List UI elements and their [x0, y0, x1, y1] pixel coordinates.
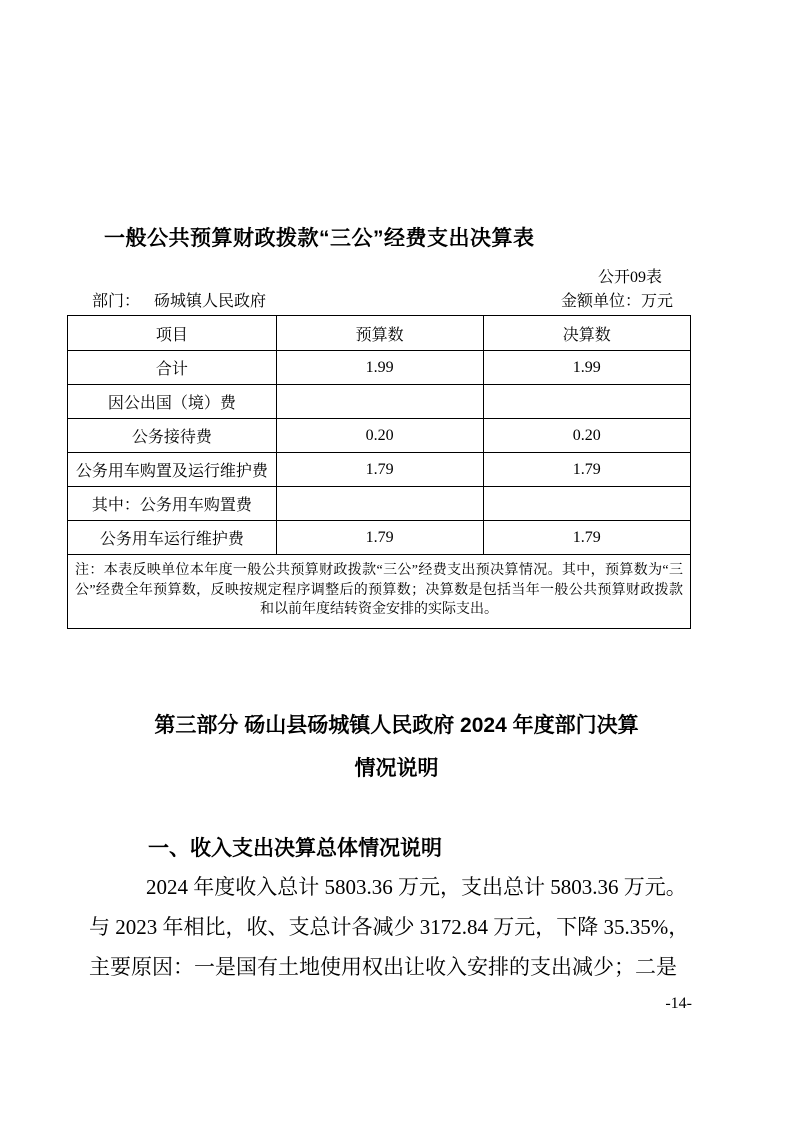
part3-heading: 第三部分 砀山县砀城镇人民政府 2024 年度部门决算 情况说明	[0, 704, 793, 790]
row-budget-value	[276, 487, 483, 521]
paragraph-line: 2024 年度收入总计 5803.36 万元，支出总计 5803.36 万元。	[89, 867, 704, 907]
document-page: 一般公共预算财政拨款“三公”经费支出决算表 公开09表 部门：砀城镇人民政府 金…	[0, 0, 793, 1122]
row-item-label: 公务接待费	[68, 419, 277, 453]
three-public-expense-table: 项目 预算数 决算数 合计 1.99 1.99 因公出国（境）费 公务接待费 0…	[67, 315, 691, 629]
row-budget-value: 1.79	[276, 453, 483, 487]
table-header-row: 项目 预算数 决算数	[68, 316, 691, 351]
row-final-value: 1.99	[483, 351, 690, 385]
column-header-item: 项目	[68, 316, 277, 351]
section1-heading: 一、收入支出决算总体情况说明	[148, 832, 442, 862]
row-budget-value: 0.20	[276, 419, 483, 453]
table-row: 公务用车运行维护费 1.79 1.79	[68, 521, 691, 555]
row-final-value: 0.20	[483, 419, 690, 453]
row-budget-value	[276, 385, 483, 419]
part3-heading-line1: 第三部分 砀山县砀城镇人民政府 2024 年度部门决算	[0, 704, 793, 747]
table-row: 公务用车购置及运行维护费 1.79 1.79	[68, 453, 691, 487]
section1-paragraph: 2024 年度收入总计 5803.36 万元，支出总计 5803.36 万元。 …	[89, 867, 704, 987]
table-code-label: 公开09表	[598, 264, 662, 287]
row-budget-value: 1.99	[276, 351, 483, 385]
paragraph-line: 主要原因：一是国有土地使用权出让收入安排的支出减少；二是	[89, 947, 704, 987]
row-final-value: 1.79	[483, 453, 690, 487]
part3-heading-line2: 情况说明	[0, 747, 793, 790]
table-note: 注：本表反映单位本年度一般公共预算财政拨款“三公”经费支出预决算情况。其中，预算…	[68, 555, 691, 629]
table-row: 合计 1.99 1.99	[68, 351, 691, 385]
column-header-budget: 预算数	[276, 316, 483, 351]
row-item-label: 因公出国（境）费	[68, 385, 277, 419]
table-note-row: 注：本表反映单位本年度一般公共预算财政拨款“三公”经费支出预决算情况。其中，预算…	[68, 555, 691, 629]
row-item-label: 公务用车运行维护费	[68, 521, 277, 555]
table-row: 因公出国（境）费	[68, 385, 691, 419]
page-number: -14-	[665, 995, 692, 1013]
row-final-value	[483, 385, 690, 419]
table-row: 其中：公务用车购置费	[68, 487, 691, 521]
department-label: 部门：	[92, 293, 140, 310]
table-title: 一般公共预算财政拨款“三公”经费支出决算表	[104, 222, 535, 252]
row-budget-value: 1.79	[276, 521, 483, 555]
row-final-value: 1.79	[483, 521, 690, 555]
department-value: 砀城镇人民政府	[154, 293, 266, 310]
unit-label: 金额单位：万元	[561, 288, 673, 311]
paragraph-line: 与 2023 年相比，收、支总计各减少 3172.84 万元，下降 35.35%…	[89, 907, 704, 947]
department-line: 部门：砀城镇人民政府	[92, 288, 266, 311]
row-item-label: 合计	[68, 351, 277, 385]
column-header-final: 决算数	[483, 316, 690, 351]
table-row: 公务接待费 0.20 0.20	[68, 419, 691, 453]
row-item-label: 其中：公务用车购置费	[68, 487, 277, 521]
table-meta-row: 部门：砀城镇人民政府 金额单位：万元	[92, 288, 673, 311]
row-item-label: 公务用车购置及运行维护费	[68, 453, 277, 487]
row-final-value	[483, 487, 690, 521]
